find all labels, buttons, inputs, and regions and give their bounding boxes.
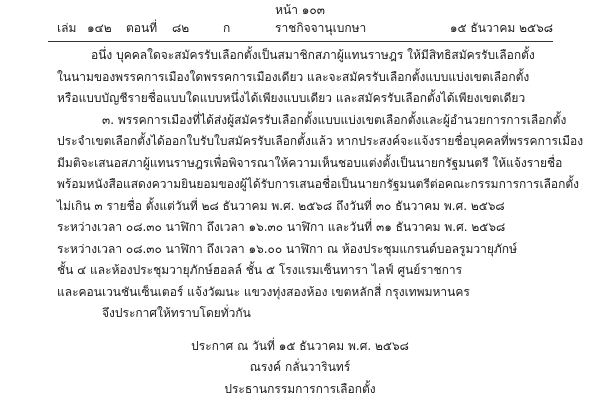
- issue-label: ตอนที่: [126, 20, 157, 36]
- signatory-title: ประธานกรรมการการเลือกตั้ง: [0, 381, 600, 397]
- body-line: หรือแบบบัญชีรายชื่อแบบใดแบบหนึ่งได้เพียง…: [57, 90, 525, 106]
- page-number: หน้า ๑๐๓: [0, 2, 600, 18]
- body-line: ในนามของพรรคการเมืองใดพรรคการเมืองเดียว …: [57, 69, 529, 85]
- volume-label: เล่ม: [57, 20, 76, 36]
- closing-line: จึงประกาศให้ทราบโดยทั่วกัน: [102, 305, 251, 321]
- body-line: ระหว่างเวลา ๐๘.๓๐ นาฬิกา ถึงเวลา ๑๖.๐๐ น…: [57, 241, 517, 257]
- section-letter: ก: [223, 20, 230, 36]
- volume-number: ๑๔๒: [87, 20, 112, 36]
- body-line: และคอนเวนชันเซ็นเตอร์ แจ้งวัฒนะ แขวงทุ่ง…: [57, 284, 470, 300]
- body-line: ชั้น ๔ และห้องประชุมวายุภักษ์ฮอลล์ ชั้น …: [57, 262, 462, 278]
- body-line: ๓. พรรคการเมืองที่ได้ส่งผู้สมัครรับเลือก…: [102, 112, 566, 128]
- body-line: มีมติจะเสนอสภาผู้แทนราษฎรเพื่อพิจารณาให้…: [57, 155, 562, 171]
- body-line: ประจำเขตเลือกตั้งได้ออกใบรับใบสมัครรับเล…: [57, 133, 583, 149]
- gazette-header: เล่ม ๑๔๒ ตอนที่ ๘๒ ก ราชกิจจานุเบกษา ๑๕ …: [57, 20, 553, 38]
- header-rule: [48, 41, 553, 42]
- body-line: พร้อมหนังสือแสดงความยินยอมของผู้ได้รับกา…: [57, 176, 579, 192]
- body-line: ระหว่างเวลา ๐๘.๓๐ นาฬิกา ถึงเวลา ๑๖.๓๐ น…: [57, 219, 505, 235]
- issue-number: ๘๒: [172, 20, 189, 36]
- header-date: ๑๕ ธันวาคม ๒๕๖๘: [450, 20, 553, 36]
- gazette-page: หน้า ๑๐๓ เล่ม ๑๔๒ ตอนที่ ๘๒ ก ราชกิจจานุ…: [0, 0, 600, 409]
- body-line: อนึ่ง บุคคลใดจะสมัครรับเลือกตั้งเป็นสมาช…: [91, 47, 535, 63]
- announcement-date: ประกาศ ณ วันที่ ๑๕ ธันวาคม พ.ศ. ๒๕๖๘: [0, 338, 600, 354]
- signatory-name: ณรงค์ กลั่นวารินทร์: [0, 359, 600, 375]
- publication-title: ราชกิจจานุเบกษา: [275, 20, 366, 36]
- body-line: ไม่เกิน ๓ รายชื่อ ตั้งแต่วันที่ ๒๘ ธันวา…: [57, 198, 505, 214]
